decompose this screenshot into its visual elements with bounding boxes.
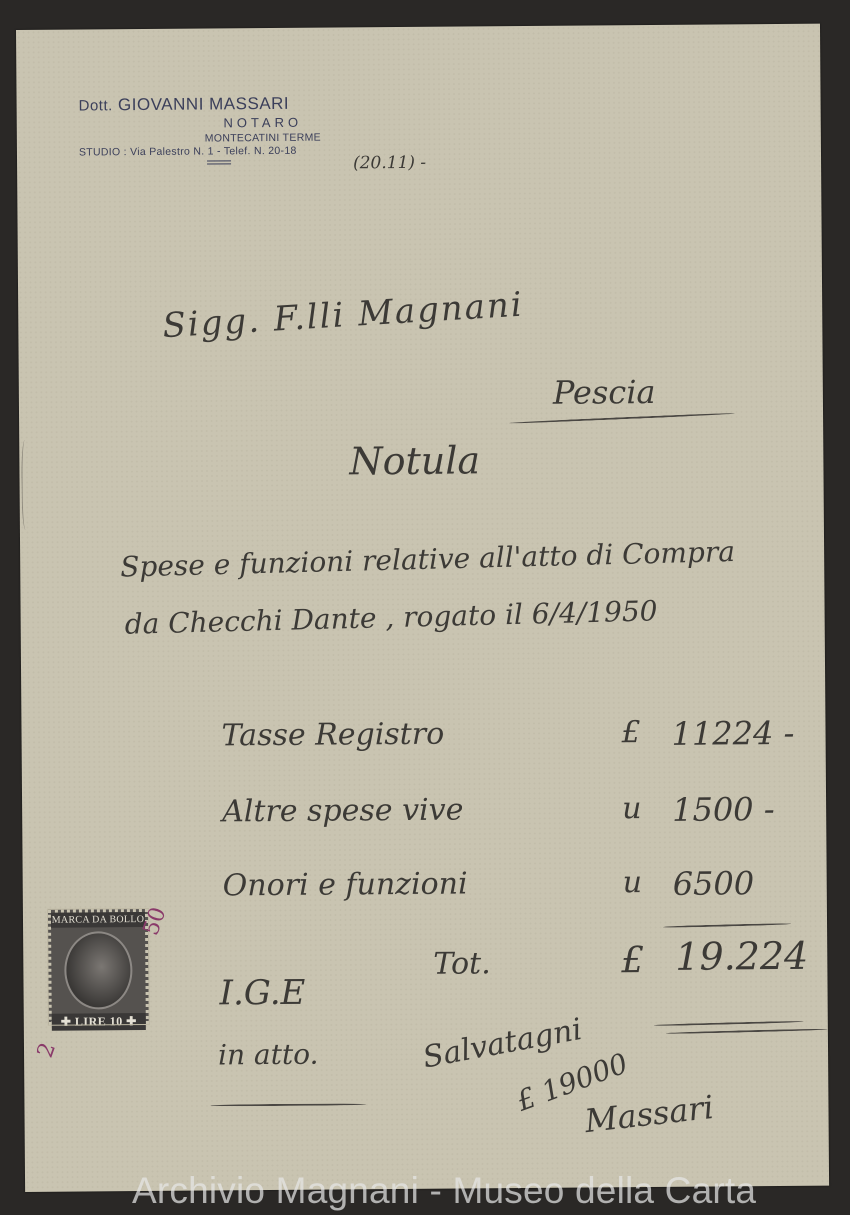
title-prefix: Dott. (79, 97, 113, 114)
notary-name: GIOVANNI MASSARI (118, 94, 289, 114)
total-double-underline (666, 1028, 828, 1034)
ditto-mark: u (622, 791, 642, 826)
item-label: Tasse Registro (221, 717, 444, 754)
item-amount: 1500 - (672, 790, 775, 829)
signature: Massari (583, 1088, 716, 1140)
total-double-underline (654, 1021, 804, 1027)
cancellation-day: 2 (33, 1040, 61, 1062)
cancellation-year: 50 (139, 904, 172, 939)
item-amount: 11224 - (671, 714, 794, 753)
margin-mark (21, 440, 31, 530)
tax-note-detail: in atto. (218, 1038, 319, 1072)
signature-note: Salvatagni (420, 1012, 585, 1076)
archive-watermark: Archivio Magnani - Museo della Carta (132, 1170, 756, 1212)
description-line-1: Spese e funzioni relative all'atto di Co… (120, 535, 735, 584)
place-name: Pescia (553, 373, 656, 412)
notary-name-line: Dott. GIOVANNI MASSARI (79, 93, 409, 116)
item-label: Altre spese vive (222, 793, 464, 830)
currency-symbol: £ (621, 715, 640, 750)
place-underline (509, 412, 735, 424)
notary-title: NOTARO (79, 114, 409, 132)
item-amount: 6500 (673, 864, 755, 903)
ditto-mark: u (623, 865, 643, 900)
currency-symbol: £ (621, 940, 644, 981)
document-heading: Notula (349, 438, 480, 483)
letterhead-divider (207, 160, 231, 164)
stamp-cancellation: 50 2 (53, 909, 164, 1070)
tax-note: I.G.E (219, 973, 305, 1014)
tax-note-underline (210, 1103, 366, 1106)
salutation: Sigg. F.lli Magnani (161, 285, 524, 347)
sum-line (663, 923, 791, 928)
document-page: Dott. GIOVANNI MASSARI NOTARO MONTECATIN… (16, 24, 829, 1192)
description-line-2: da Checchi Dante , rogato il 6/4/1950 (124, 594, 658, 640)
total-amount: 19.224 (675, 934, 808, 979)
item-label: Onori e funzioni (223, 866, 468, 903)
phone-annotation: (20.11) - (353, 153, 426, 174)
total-label: Tot. (433, 946, 491, 981)
